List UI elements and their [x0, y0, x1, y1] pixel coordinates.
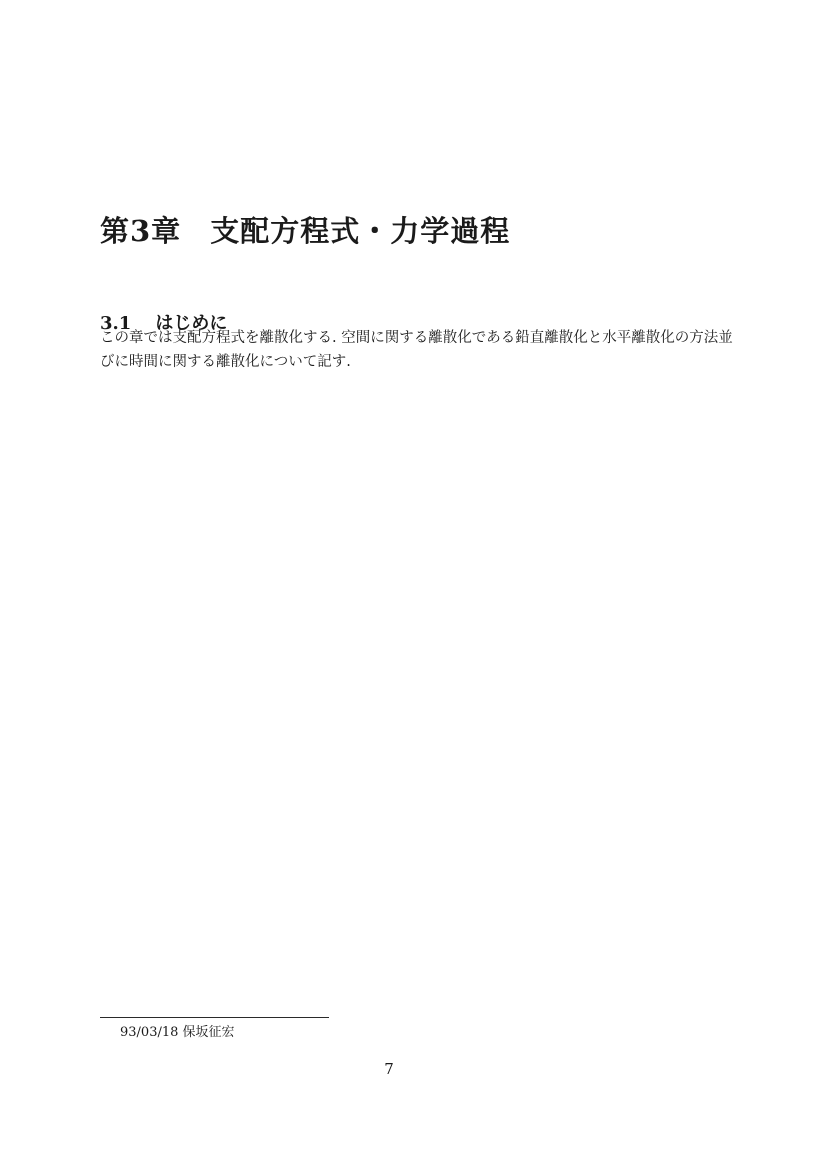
chapter-heading: 第3章支配方程式・力学過程: [100, 209, 510, 250]
page-number: 7: [100, 1060, 678, 1078]
body-paragraph: この章では支配方程式を離散化する. 空間に関する離散化である鉛直離散化と水平離散…: [100, 327, 678, 374]
footnote-text: 93/03/18 保坂征宏: [120, 1021, 235, 1040]
chapter-title: 支配方程式・力学過程: [210, 214, 510, 248]
body-line-1: この章では支配方程式を離散化する. 空間に関する離散化である鉛直離散化と水平離散…: [100, 327, 678, 351]
body-line-2: びに時間に関する離散化について記す.: [100, 351, 678, 375]
chapter-number: 第3章: [100, 214, 181, 248]
document-page: 第3章支配方程式・力学過程 3.1はじめに この章では支配方程式を離散化する. …: [0, 0, 826, 1169]
footnote-rule: [100, 1017, 329, 1018]
